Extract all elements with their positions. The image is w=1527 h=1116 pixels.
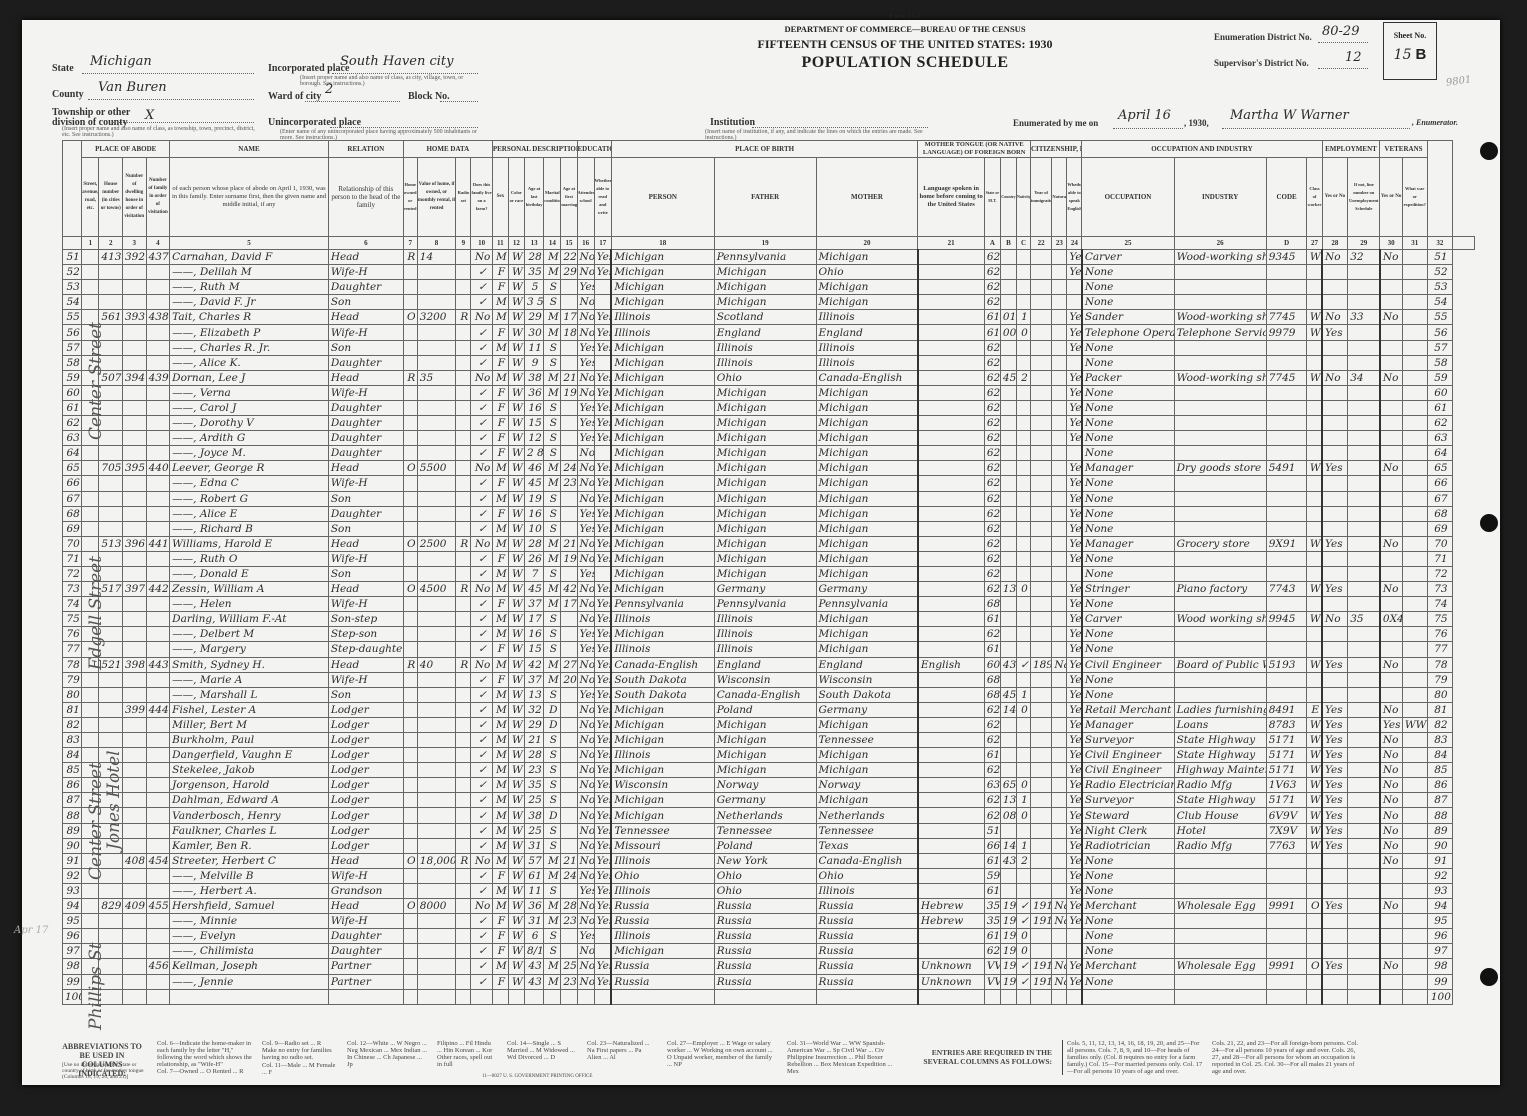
cell-work (1322, 551, 1348, 566)
cell-mother: Canada-English (816, 370, 918, 385)
cell-code (1266, 944, 1307, 959)
cell-lang (918, 868, 984, 883)
cell-race: W (508, 551, 524, 566)
column-number: 13 (524, 237, 543, 250)
cell-codeB (1000, 823, 1016, 838)
cell-unemp (1348, 521, 1380, 536)
cell-owned (403, 702, 417, 717)
table-row: 90Kamler, Ben R.Lodger✓MW31SNoYesMissour… (63, 838, 1475, 853)
cell-occupation: Merchant (1082, 899, 1174, 914)
cell-lang (918, 385, 984, 400)
cell-read (594, 355, 611, 370)
table-row: 93——, Herbert A.Grandson✓MW11SYesYesIlli… (63, 883, 1475, 898)
cell-war (1402, 612, 1427, 627)
cell-natur (1052, 280, 1067, 295)
cell-codeA: 62 (984, 295, 1000, 310)
cell-lang (918, 823, 984, 838)
cell-farm: ✓ (471, 717, 492, 732)
cell-occupation: Radiotrician (1082, 838, 1174, 853)
cell-father: Germany (714, 582, 816, 597)
cell-occupation: None (1082, 340, 1174, 355)
cell-codeA: 62 (984, 491, 1000, 506)
line-number: 82 (63, 717, 82, 732)
cell-marital: M (544, 914, 561, 929)
cell-name: Streeter, Herbert C (170, 853, 329, 868)
cell-sex: F (492, 642, 508, 657)
line-number-right: 53 (1427, 280, 1453, 295)
cell-race: W (508, 582, 524, 597)
cell-occupation: Surveyor (1082, 793, 1174, 808)
birth-person-header: PERSON (611, 158, 714, 237)
cell-owned (403, 551, 417, 566)
cell-dwelling (123, 763, 147, 778)
cell-code (1266, 355, 1307, 370)
column-number: 19 (714, 237, 816, 250)
cell-code: 5171 (1266, 793, 1307, 808)
cell-dwelling (123, 385, 147, 400)
cell-code: 7X9V (1266, 823, 1307, 838)
cell-war (1402, 868, 1427, 883)
cell-code: 5491 (1266, 461, 1307, 476)
cell-code: 5171 (1266, 763, 1307, 778)
line-number-right: 69 (1427, 521, 1453, 536)
cell-immig (1030, 446, 1051, 461)
cell-age_marr (561, 944, 577, 959)
cell-name: Carnahan, David F (170, 250, 329, 265)
cell-work: Yes (1322, 959, 1348, 974)
cell-industry: State Highway (1174, 748, 1266, 763)
table-row: 81399444Fishel, Lester ALodger✓MW32DNoYe… (63, 702, 1475, 717)
cell-codeC: 0 (1017, 325, 1031, 340)
cell-sex: F (492, 868, 508, 883)
cell-industry: Telephone Service (1174, 325, 1266, 340)
cell-farm: ✓ (471, 778, 492, 793)
cell-age: 3 5/12 (524, 295, 543, 310)
state-value: Michigan (90, 54, 152, 69)
cell-father: Michigan (714, 551, 816, 566)
cell-lang (918, 265, 984, 280)
cell-farm: No (471, 310, 492, 325)
cell-name: ——, Donald E (170, 566, 329, 581)
cell-lang (918, 280, 984, 295)
cell-work: Yes (1322, 793, 1348, 808)
cell-codeB (1000, 521, 1016, 536)
line-number-right: 87 (1427, 793, 1453, 808)
cell-owned (403, 914, 417, 929)
cell-birth: Michigan (611, 295, 714, 310)
cell-school: No (577, 582, 594, 597)
cell-industry: Wood working shop (1174, 612, 1266, 627)
cell-mother: Michigan (816, 612, 918, 627)
cell-immig (1030, 582, 1051, 597)
cell-age_marr: 21 (561, 370, 577, 385)
line-number: 87 (63, 793, 82, 808)
cell-code: 5193 (1266, 657, 1307, 672)
cell-value: 40 (417, 657, 456, 672)
cell-dwelling: 408 (123, 853, 147, 868)
cell-farm: ✓ (471, 295, 492, 310)
cell-family (146, 476, 170, 491)
cell-father: Illinois (714, 627, 816, 642)
cell-codeB: 19 (1000, 899, 1016, 914)
cell-read: Yes (594, 959, 611, 974)
cell-marital: S (544, 642, 561, 657)
cell-house: 513 (99, 536, 123, 551)
cell-name: ——, Minnie (170, 914, 329, 929)
cell-farm: ✓ (471, 280, 492, 295)
cell-relation: Head (328, 899, 403, 914)
cell-vet: No (1380, 899, 1403, 914)
cell-lang: Hebrew (918, 899, 984, 914)
cell-industry (1174, 416, 1266, 431)
cell-family: 443 (146, 657, 170, 672)
cell-work: No (1322, 612, 1348, 627)
owned-header: Home owned or rented (403, 158, 417, 237)
cell-race: W (508, 597, 524, 612)
township-note: (Insert proper name and also name of cla… (62, 126, 262, 138)
cell-english: Yes (1067, 793, 1082, 808)
table-row: 95——, MinnieWife-H✓FW31M23NoYesRussiaRus… (63, 914, 1475, 929)
cell-dwelling (123, 672, 147, 687)
cell-age: 6 (524, 929, 543, 944)
cell-war (1402, 627, 1427, 642)
cell-war (1402, 355, 1427, 370)
cell-immig (1030, 778, 1051, 793)
county-label: County (52, 89, 84, 100)
cell-radio (456, 521, 471, 536)
cell-sex: M (492, 370, 508, 385)
table-row: 84Dangerfield, Vaughn ELodger✓MW28SNoYes… (63, 748, 1475, 763)
table-row: 67——, Robert GSon✓MW19SNoYesMichiganMich… (63, 491, 1475, 506)
cell-age: 29 (524, 717, 543, 732)
cell-codeA: 68 (984, 597, 1000, 612)
cell-lang (918, 944, 984, 959)
cell-name: Dangerfield, Vaughn E (170, 748, 329, 763)
cell-codeB (1000, 612, 1016, 627)
line-number: 89 (63, 823, 82, 838)
cell-relation: Lodger (328, 808, 403, 823)
cell-occupation: None (1082, 974, 1174, 989)
cell-school: No (577, 657, 594, 672)
line-number-right: 77 (1427, 642, 1453, 657)
line-number: 100 (63, 989, 82, 1004)
cell-owned: R (403, 370, 417, 385)
cell-father: Netherlands (714, 808, 816, 823)
cell-race: W (508, 310, 524, 325)
cell-name: Darling, William F.-At (170, 612, 329, 627)
cell-age: 35 (524, 265, 543, 280)
cell-house (99, 702, 123, 717)
cell-mother: Illinois (816, 340, 918, 355)
cell-codeC: ✓ (1017, 914, 1031, 929)
cell-family: 438 (146, 310, 170, 325)
cell-english: Yes (1067, 325, 1082, 340)
cell-code: 7745 (1266, 310, 1307, 325)
cell-name: Smith, Sydney H. (170, 657, 329, 672)
cell-class (1307, 627, 1322, 642)
cell-codeA: 62 (984, 400, 1000, 415)
cell-school: Yes (577, 627, 594, 642)
cell-dwelling (123, 446, 147, 461)
cell-father: Illinois (714, 612, 816, 627)
cell-marital: S (544, 355, 561, 370)
cell-lang (918, 491, 984, 506)
cell-marital: S (544, 416, 561, 431)
cell-immig: 1912 (1030, 974, 1051, 989)
cell-vet (1380, 355, 1403, 370)
line-number: 59 (63, 370, 82, 385)
cell-age: 8/12 (524, 944, 543, 959)
col12b-note: Filipino ... Fil Hindu ... Hin Korean ..… (437, 1040, 497, 1068)
cell-owned (403, 506, 417, 521)
cell-father: Russia (714, 899, 816, 914)
cell-codeC (1017, 476, 1031, 491)
cell-relation: Step-daughter (328, 642, 403, 657)
cell-industry: Highway Maintenance (1174, 763, 1266, 778)
cell-code (1266, 385, 1307, 400)
marital-header: Marital condition (544, 158, 561, 237)
birth-mother-header: MOTHER (816, 158, 918, 237)
cell-name: ——, Ruth M (170, 280, 329, 295)
farm-header: Does this family live on a farm? (471, 158, 492, 237)
table-row: 63——, Ardith GDaughter✓FW12SYesYesMichig… (63, 431, 1475, 446)
cell-sex: M (492, 310, 508, 325)
street-cell (82, 733, 99, 748)
line-number-right: 70 (1427, 536, 1453, 551)
cell-english: Yes (1067, 551, 1082, 566)
cell-age: 2 8/12 (524, 446, 543, 461)
street-cell (82, 250, 99, 265)
cell-mother: Michigan (816, 521, 918, 536)
cell-school: Yes (577, 340, 594, 355)
cell-industry: Loans (1174, 717, 1266, 732)
cell-class (1307, 914, 1322, 929)
cell-dwelling (123, 400, 147, 415)
cell-age: 45 (524, 582, 543, 597)
cell-father: Michigan (714, 566, 816, 581)
cell-unemp (1348, 431, 1380, 446)
cell-birth: Michigan (611, 265, 714, 280)
cell-value (417, 778, 456, 793)
cell-english: Yes (1067, 702, 1082, 717)
cell-class (1307, 400, 1322, 415)
cell-name: ——, Joyce M. (170, 446, 329, 461)
col14-note: Col. 14—Single ... S Married ... M Widow… (507, 1040, 577, 1061)
cell-lang (918, 536, 984, 551)
cell-house (99, 717, 123, 732)
cell-english (1067, 280, 1082, 295)
cell-dwelling (123, 944, 147, 959)
cell-read: Yes (594, 899, 611, 914)
cell-sex: F (492, 974, 508, 989)
cell-immig (1030, 944, 1051, 959)
line-number-right: 94 (1427, 899, 1453, 914)
cell-vet (1380, 944, 1403, 959)
cell-lang: Unknown (918, 974, 984, 989)
cell-industry: State Highway (1174, 793, 1266, 808)
cell-age: 42 (524, 657, 543, 672)
table-row: 87Dahlman, Edward ALodger✓MW25SNoYesMich… (63, 793, 1475, 808)
cell-immig (1030, 597, 1051, 612)
cell-work (1322, 687, 1348, 702)
cell-unemp (1348, 929, 1380, 944)
cell-class (1307, 597, 1322, 612)
cell-vet (1380, 340, 1403, 355)
cell-owned (403, 642, 417, 657)
cell-farm: No (471, 582, 492, 597)
cell-name: Kellman, Joseph (170, 959, 329, 974)
cell-marital: S (544, 883, 561, 898)
cell-school: No (577, 385, 594, 400)
cell-birth: Illinois (611, 748, 714, 763)
cell-work (1322, 521, 1348, 536)
cell-codeA: 62 (984, 627, 1000, 642)
cell-value (417, 823, 456, 838)
cell-sex: M (492, 687, 508, 702)
cell-occupation: None (1082, 400, 1174, 415)
cell-family: 456 (146, 959, 170, 974)
cell-age_marr: 27 (561, 657, 577, 672)
cell-natur: Na (1052, 657, 1067, 672)
cell-mother: Michigan (816, 717, 918, 732)
cell-war (1402, 280, 1427, 295)
cell-english: Yes (1067, 687, 1082, 702)
table-row: 89Faulkner, Charles LLodger✓MW25SNoYesTe… (63, 823, 1475, 838)
cell-age_marr: 28 (561, 899, 577, 914)
line-number: 98 (63, 959, 82, 974)
cell-codeA: 62 (984, 461, 1000, 476)
cell-vet: No (1380, 959, 1403, 974)
cell-unemp (1348, 476, 1380, 491)
cell-codeC: 0 (1017, 582, 1031, 597)
cell-lang (918, 763, 984, 778)
line-number: 71 (63, 551, 82, 566)
cell-owned (403, 355, 417, 370)
cell-birth: Michigan (611, 385, 714, 400)
cell-industry (1174, 914, 1266, 929)
cell-mother: Michigan (816, 536, 918, 551)
cell-father: Wisconsin (714, 672, 816, 687)
cell-unemp (1348, 657, 1380, 672)
cell-war (1402, 959, 1427, 974)
cell-mother: Michigan (816, 748, 918, 763)
cell-race: W (508, 385, 524, 400)
cell-vet: No (1380, 657, 1403, 672)
cell-immig (1030, 355, 1051, 370)
cell-codeB: 19 (1000, 944, 1016, 959)
cell-name: ——, Ardith G (170, 431, 329, 446)
dwelling-header: Number of dwelling house in order of vis… (123, 158, 147, 237)
cell-code: 5171 (1266, 748, 1307, 763)
cell-natur (1052, 868, 1067, 883)
cell-school: No (577, 853, 594, 868)
cell-natur (1052, 295, 1067, 310)
cell-value: 2500 (417, 536, 456, 551)
cell-work: Yes (1322, 823, 1348, 838)
township-value: X (145, 108, 154, 123)
cell-code (1266, 883, 1307, 898)
cell-name: ——, Elizabeth P (170, 325, 329, 340)
cell-farm: ✓ (471, 702, 492, 717)
cell-occupation: Civil Engineer (1082, 748, 1174, 763)
cell-lang (918, 476, 984, 491)
line-number: 57 (63, 340, 82, 355)
line-number-right: 63 (1427, 431, 1453, 446)
occupation-group-header: OCCUPATION AND INDUSTRY (1082, 141, 1322, 158)
cell-family (146, 883, 170, 898)
cell-unemp (1348, 536, 1380, 551)
cell-school: No (577, 597, 594, 612)
cell-birth: Canada-English (611, 657, 714, 672)
cell-industry (1174, 295, 1266, 310)
cell-vet: No (1380, 778, 1403, 793)
cell-codeC: 0 (1017, 778, 1031, 793)
cell-owned (403, 325, 417, 340)
cell-read: Yes (594, 310, 611, 325)
cell-unemp: 33 (1348, 310, 1380, 325)
cell-english: Yes (1067, 642, 1082, 657)
cell-dwelling (123, 793, 147, 808)
cell-mother: England (816, 325, 918, 340)
cell-unemp (1348, 416, 1380, 431)
cell-name: ——, Verna (170, 385, 329, 400)
line-number: 93 (63, 883, 82, 898)
cell-dwelling (123, 340, 147, 355)
line-number-right: 93 (1427, 883, 1453, 898)
cell-immig (1030, 416, 1051, 431)
cell-age_marr: 23 (561, 476, 577, 491)
cell-work (1322, 883, 1348, 898)
cell-mother: Germany (816, 582, 918, 597)
cell-english: Yes (1067, 491, 1082, 506)
cell-read (594, 446, 611, 461)
cell-name: ——, Helen (170, 597, 329, 612)
cell-codeA: 62 (984, 793, 1000, 808)
cell-value (417, 808, 456, 823)
cell-dwelling (123, 476, 147, 491)
cell-unemp (1348, 974, 1380, 989)
cell-code (1266, 476, 1307, 491)
margin-date-note: Apr 17 (14, 925, 48, 936)
cell-occupation: None (1082, 416, 1174, 431)
cell-codeA: 62 (984, 536, 1000, 551)
cell-relation: Wife-H (328, 868, 403, 883)
cell-dwelling (123, 868, 147, 883)
cell-code: 9991 (1266, 899, 1307, 914)
cell-english (1067, 929, 1082, 944)
cell-radio (456, 370, 471, 385)
cell-war (1402, 461, 1427, 476)
cell-occupation: Manager (1082, 717, 1174, 732)
cell-english: Yes (1067, 250, 1082, 265)
cell-school: No (577, 914, 594, 929)
street-cell (82, 672, 99, 687)
cell-code (1266, 974, 1307, 989)
cell-unemp (1348, 642, 1380, 657)
cell-immig (1030, 566, 1051, 581)
cell-lang (918, 355, 984, 370)
cell-age_marr (561, 733, 577, 748)
cell-farm: ✓ (471, 265, 492, 280)
cell-radio (456, 687, 471, 702)
cell-owned (403, 959, 417, 974)
cell-age_marr (561, 431, 577, 446)
cell-natur (1052, 793, 1067, 808)
cell-house (99, 672, 123, 687)
cell-family (146, 446, 170, 461)
cell-war (1402, 823, 1427, 838)
line-number-right: 96 (1427, 929, 1453, 944)
